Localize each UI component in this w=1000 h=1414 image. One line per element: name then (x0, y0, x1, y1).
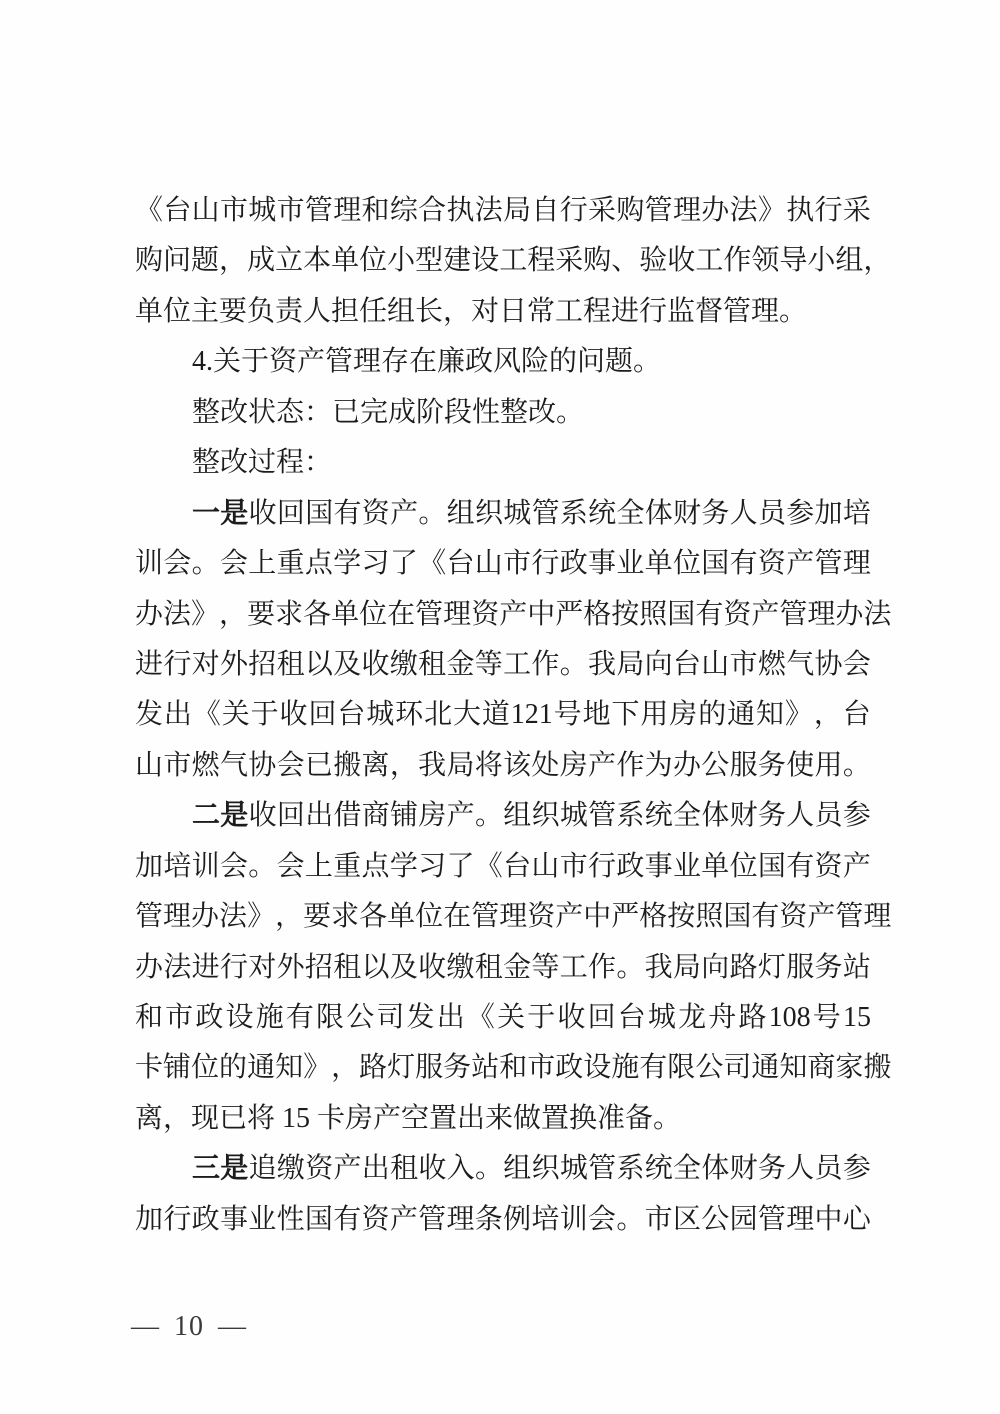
text-run: 和 (499, 1043, 527, 1093)
text-run: 山 (701, 640, 729, 690)
text-run: 学 (390, 842, 418, 892)
text-run: 行 (531, 539, 559, 589)
text-run: 关 (497, 993, 525, 1043)
text-run: 。 (843, 741, 871, 791)
text-run: 对 (248, 943, 276, 993)
text-run: 。 (475, 791, 503, 841)
text-run: 有 (751, 892, 779, 942)
text-run: 资 (815, 842, 843, 892)
text-run: 15 (843, 993, 871, 1043)
text-line: 加行政事业性国有资产管理条例培训会。市区公园管理中心 (135, 1195, 871, 1245)
text-run: 程 (527, 236, 555, 286)
text-run: 会 (220, 842, 248, 892)
text-run: 灯 (758, 943, 786, 993)
text-run: 发 (407, 993, 435, 1043)
text-run: 财 (730, 791, 758, 841)
text-run: 设 (471, 236, 499, 286)
text-run: 施 (611, 1043, 639, 1093)
text-run: 该 (503, 741, 531, 791)
text-run: 城 (366, 690, 394, 740)
text-run: 题 (191, 236, 219, 286)
text-run: 员 (815, 791, 843, 841)
text-line: 发出《关于收回台城环北大道121号地下用房的通知》，台 (135, 690, 871, 740)
text-run: 收 (418, 1144, 446, 1194)
text-run: 路 (359, 1043, 387, 1093)
text-run: 行 (163, 640, 191, 690)
text-run: 管 (758, 1195, 786, 1245)
text-run: 业 (248, 1195, 276, 1245)
text-run: 人 (730, 489, 758, 539)
text-run: 及 (333, 640, 361, 690)
text-run: 管 (135, 892, 163, 942)
text-run: 房 (560, 741, 588, 791)
text-run: 城 (560, 1144, 588, 1194)
text-run: 台 (446, 539, 474, 589)
text-run: 协 (248, 741, 276, 791)
text-run: 公 (346, 993, 374, 1043)
text-run: 产 (390, 1195, 418, 1245)
text-run: 为 (645, 741, 673, 791)
text-run: 《 (475, 842, 503, 892)
text-run: 系 (616, 791, 644, 841)
text-run: 》 (191, 590, 219, 640)
text-run: 在 (387, 590, 415, 640)
text-run: 按 (667, 892, 695, 942)
text-run: 有 (639, 1043, 667, 1093)
text-run: 有 (333, 489, 361, 539)
text-run: 务 (758, 1144, 786, 1194)
text-run: 和 (135, 993, 163, 1043)
text-run: 办 (701, 186, 729, 236)
text-run: 自 (531, 186, 559, 236)
text-run: 回 (277, 489, 305, 539)
text-run: 织 (532, 791, 560, 841)
text-run: 市 (645, 1195, 673, 1245)
text-run: 参 (843, 1144, 871, 1194)
text-run: 单 (387, 892, 415, 942)
text-run: 统 (588, 489, 616, 539)
text-run: 领 (751, 236, 779, 286)
text-run: 通 (727, 690, 755, 740)
text-run: 。 (248, 842, 276, 892)
text-run: 办 (135, 590, 163, 640)
text-run: 外 (277, 943, 305, 993)
text-run: 北 (424, 690, 452, 740)
text-run: 》 (758, 186, 786, 236)
text-run: 理 (786, 1195, 814, 1245)
text-run: 购 (135, 236, 163, 286)
text-run: 已 (305, 741, 333, 791)
text-run: 国 (701, 539, 729, 589)
text-run: 入 (447, 1144, 475, 1194)
text-run: 习 (362, 539, 390, 589)
text-line: 4.关于资产管理存在廉政风险的问题。 (135, 337, 871, 387)
text-run: 位 (359, 236, 387, 286)
text-run: 资 (471, 590, 499, 640)
text-line: 办法》，要求各单位在管理资产中严格按照国有资产管理办法 (135, 590, 871, 640)
text-run: 系 (560, 489, 588, 539)
text-line: 购问题，成立本单位小型建设工程采购、验收工作领导小组， (135, 236, 871, 286)
text-run: 4.关于资产管理存在廉政风险的问题。 (192, 346, 661, 377)
text-run: 出 (305, 791, 333, 841)
text-run: 商 (807, 1043, 835, 1093)
text-run: 求 (331, 892, 359, 942)
text-run: 号 (554, 690, 582, 740)
text-run: 市 (165, 993, 193, 1043)
text-line: 二是收回出借商铺房产。组织城管系统全体财务人员参 (135, 791, 871, 841)
text-run: 气 (786, 640, 814, 690)
text-run: 借 (333, 791, 361, 841)
text-run: 执 (786, 186, 814, 236)
text-run: 资 (758, 539, 786, 589)
text-run: 等 (475, 640, 503, 690)
text-run: ， (331, 1043, 359, 1093)
text-run: 站 (843, 943, 871, 993)
text-run: ， (814, 690, 842, 740)
text-run: 租 (418, 640, 446, 690)
text-run: 体 (701, 1144, 729, 1194)
text-run: 管 (471, 892, 499, 942)
text-run: 会 (843, 640, 871, 690)
text-run: 和 (362, 186, 390, 236)
text-run: 》 (247, 892, 275, 942)
text-line: 单位主要负责人担任组长，对日常工程进行监督管理。 (135, 287, 871, 337)
text-run: 政 (555, 1043, 583, 1093)
text-run: 单 (701, 842, 729, 892)
text-run: 协 (815, 640, 843, 690)
text-run: 综 (390, 186, 418, 236)
text-run: 全 (673, 1144, 701, 1194)
text-run: 局 (616, 640, 644, 690)
text-run: 台 (163, 186, 191, 236)
text-run: 立 (275, 236, 303, 286)
text-run: 中 (527, 590, 555, 640)
text-run: 法 (863, 590, 891, 640)
text-run: 型 (415, 236, 443, 286)
text-run: 城 (503, 489, 531, 539)
text-run: 采 (555, 236, 583, 286)
text-run: 收 (418, 943, 446, 993)
text-run: 有 (695, 590, 723, 640)
text-run: 一 (192, 489, 220, 539)
text-run: 房 (669, 690, 697, 740)
text-run: 资 (723, 590, 751, 640)
text-run: 道 (482, 690, 510, 740)
text-run: 国 (667, 590, 695, 640)
text-run: 格 (639, 892, 667, 942)
text-run: 理 (499, 892, 527, 942)
text-run: 收 (249, 791, 277, 841)
text-run: 严 (611, 892, 639, 942)
text-run: 理 (863, 892, 891, 942)
text-run: 训 (560, 1195, 588, 1245)
text-run: 城 (560, 791, 588, 841)
text-run: 山 (531, 842, 559, 892)
text-run: 设 (226, 993, 254, 1043)
text-run: 有 (286, 993, 314, 1043)
text-run: 员 (815, 1144, 843, 1194)
text-run: 是 (220, 489, 248, 539)
text-run: 产 (555, 892, 583, 942)
text-run: 以 (305, 640, 333, 690)
text-run: 卡 (135, 1043, 163, 1093)
text-run: 收 (667, 236, 695, 286)
text-run: 城 (248, 186, 276, 236)
text-run: 市 (730, 640, 758, 690)
text-run: 路 (738, 993, 766, 1043)
text-run: 理 (446, 1195, 474, 1245)
text-line: 山市燃气协会已搬离，我局将该处房产作为办公服务使用。 (135, 741, 871, 791)
text-run: 整改过程： (192, 447, 332, 478)
text-run: 回 (277, 791, 305, 841)
text-run: 司 (376, 993, 404, 1043)
text-run: 城 (648, 993, 676, 1043)
text-run: 行 (163, 1195, 191, 1245)
text-run: 采 (843, 186, 871, 236)
text-run: 组 (503, 1144, 531, 1194)
text-run: 以 (362, 943, 390, 993)
text-run: 人 (786, 791, 814, 841)
text-run: 资 (362, 489, 390, 539)
text-run: 产 (843, 842, 871, 892)
text-run: 点 (305, 539, 333, 589)
text-run: 山 (135, 741, 163, 791)
text-run: 按 (611, 590, 639, 640)
text-run: 收 (557, 993, 585, 1043)
text-run: 公 (701, 741, 729, 791)
text-line: 一是收回国有资产。组织城管系统全体财务人员参加培 (135, 489, 871, 539)
text-run: 台 (618, 993, 646, 1043)
text-run: 行 (815, 186, 843, 236)
text-run: 出 (164, 690, 192, 740)
text-run: 市 (503, 539, 531, 589)
text-line: 整改状态：已完成阶段性整改。 (135, 388, 871, 438)
text-run: 管 (418, 1195, 446, 1245)
text-run: 缴 (390, 640, 418, 690)
text-run: 理 (443, 590, 471, 640)
text-run: 作 (531, 640, 559, 690)
text-run: 参 (843, 791, 871, 841)
text-run: 组 (835, 236, 863, 286)
text-run: 招 (305, 943, 333, 993)
text-run: 重 (277, 539, 305, 589)
text-run: 整改状态：已完成阶段性整改。 (192, 397, 584, 428)
text-run: 办 (673, 741, 701, 791)
text-run: 问 (163, 236, 191, 286)
text-run: 办 (835, 590, 863, 640)
text-run: 局 (446, 741, 474, 791)
text-run: 租 (390, 1144, 418, 1194)
text-run: 市 (560, 842, 588, 892)
text-run: 加 (135, 1195, 163, 1245)
text-run: 位 (191, 1043, 219, 1093)
text-run: 验 (639, 236, 667, 286)
text-run: 国 (723, 892, 751, 942)
text-run: 回 (308, 690, 336, 740)
text-run: 位 (730, 842, 758, 892)
text-run: 燃 (192, 741, 220, 791)
text-run: 产 (499, 590, 527, 640)
text-line: 和市政设施有限公司发出《关于收回台城龙舟路108号15 (135, 993, 871, 1043)
text-run: 于 (251, 690, 279, 740)
text-run: 小 (387, 236, 415, 286)
text-run: 龙 (678, 993, 706, 1043)
text-run: 铺 (390, 791, 418, 841)
text-run: 租 (475, 943, 503, 993)
text-run: 有 (333, 1195, 361, 1245)
text-run: 办 (135, 943, 163, 993)
text-run: 体 (645, 489, 673, 539)
text-run: 成 (247, 236, 275, 286)
text-run: 小 (807, 236, 835, 286)
text-run: 理 (673, 186, 701, 236)
text-run: 国 (305, 489, 333, 539)
text-run: 121 (511, 690, 553, 740)
text-run: 通 (751, 1043, 779, 1093)
text-run: 二 (192, 791, 220, 841)
text-run: 三 (192, 1144, 220, 1194)
text-run: 导 (779, 236, 807, 286)
text-run: 政 (560, 539, 588, 589)
text-run: 了 (390, 539, 418, 589)
text-run: 本 (303, 236, 331, 286)
text-run: 理 (333, 186, 361, 236)
text-run: 法 (163, 943, 191, 993)
text-run: 知 (756, 690, 784, 740)
text-run: 执 (446, 186, 474, 236)
text-run: 路 (730, 943, 758, 993)
text-run: 加 (815, 489, 843, 539)
text-run: 组 (447, 489, 475, 539)
text-run: 单 (331, 590, 359, 640)
text-run: 产 (751, 590, 779, 640)
text-run: 。 (192, 539, 220, 589)
text-run: 》 (303, 1043, 331, 1093)
text-run: 条 (475, 1195, 503, 1245)
text-run: 《 (193, 690, 221, 740)
text-run: 了 (446, 842, 474, 892)
text-run: 向 (645, 640, 673, 690)
text-run: 人 (786, 1144, 814, 1194)
text-run: 工 (499, 236, 527, 286)
text-run: 作 (723, 236, 751, 286)
text-run: 行 (588, 842, 616, 892)
text-run: 是 (220, 1144, 248, 1194)
text-run: 及 (390, 943, 418, 993)
text-run: 各 (303, 590, 331, 640)
text-run: 产 (807, 892, 835, 942)
text-run: 全 (616, 489, 644, 539)
text-run: 政 (195, 993, 223, 1043)
text-run: 用 (815, 741, 843, 791)
text-run: 进 (135, 640, 163, 690)
text-run: 系 (616, 1144, 644, 1194)
text-run: 统 (645, 791, 673, 841)
text-run: 限 (316, 993, 344, 1043)
text-run: 行 (220, 943, 248, 993)
text-run: 气 (220, 741, 248, 791)
text-run: 行 (560, 186, 588, 236)
text-run: 知 (275, 1043, 303, 1093)
text-run: 有 (730, 539, 758, 589)
text-run: 管 (415, 590, 443, 640)
text-line: 三是追缴资产出租收入。组织城管系统全体财务人员参 (135, 1144, 871, 1194)
text-run: 是 (220, 791, 248, 841)
text-run: 务 (443, 1043, 471, 1093)
text-run: 性 (277, 1195, 305, 1245)
text-run: ， (390, 741, 418, 791)
text-run: 知 (779, 1043, 807, 1093)
text-run: 作 (588, 943, 616, 993)
text-run: 处 (531, 741, 559, 791)
document-page: 《台山市城市管理和综合执法局自行采购管理办法》执行采购问题，成立本单位小型建设工… (0, 0, 1000, 1414)
text-run: 租 (277, 640, 305, 690)
text-run: 服 (786, 943, 814, 993)
text-run: 环 (395, 690, 423, 740)
text-run: ， (275, 892, 303, 942)
text-run: 房 (418, 791, 446, 841)
text-run: 服 (730, 741, 758, 791)
text-run: 的 (698, 690, 726, 740)
text-run: 单 (645, 539, 673, 589)
text-run: 会 (277, 741, 305, 791)
text-run: 建 (443, 236, 471, 286)
text-run: 《 (418, 539, 446, 589)
text-run: 习 (418, 842, 446, 892)
text-run: 地 (583, 690, 611, 740)
text-run: 搬 (333, 741, 361, 791)
text-run: 务 (701, 489, 729, 539)
text-run: ， (863, 236, 891, 286)
text-run: 我 (588, 640, 616, 690)
text-run: 会 (220, 539, 248, 589)
text-run: 业 (616, 539, 644, 589)
text-run: 。 (418, 489, 446, 539)
text-run: 司 (723, 1043, 751, 1093)
text-run: 财 (673, 489, 701, 539)
text-run: 员 (758, 489, 786, 539)
text-run: 招 (248, 640, 276, 690)
text-run: 对 (192, 640, 220, 690)
text-run: 财 (730, 1144, 758, 1194)
text-run: 合 (418, 186, 446, 236)
text-run: 市 (163, 741, 191, 791)
text-run: 进 (192, 943, 220, 993)
text-run: 台 (843, 690, 871, 740)
text-run: 向 (701, 943, 729, 993)
text-run: 局 (503, 186, 531, 236)
text-run: 点 (362, 842, 390, 892)
text-run: 求 (275, 590, 303, 640)
text-line: 加培训会。会上重点学习了《台山市行政事业单位国有资产 (135, 842, 871, 892)
text-run: 收 (280, 690, 308, 740)
text-run: 于 (527, 993, 555, 1043)
text-run: 格 (583, 590, 611, 640)
text-run: 学 (333, 539, 361, 589)
text-run: 管 (588, 791, 616, 841)
text-run: 缴 (446, 943, 474, 993)
text-run: 家 (835, 1043, 863, 1093)
text-run: 事 (588, 539, 616, 589)
text-run: 训 (192, 842, 220, 892)
text-run: 办 (191, 892, 219, 942)
text-run: 市 (220, 186, 248, 236)
text-run: 业 (673, 842, 701, 892)
text-run: 108 (769, 993, 811, 1043)
text-run: 灯 (387, 1043, 415, 1093)
text-run: 金 (503, 943, 531, 993)
text-run: 国 (305, 1195, 333, 1245)
